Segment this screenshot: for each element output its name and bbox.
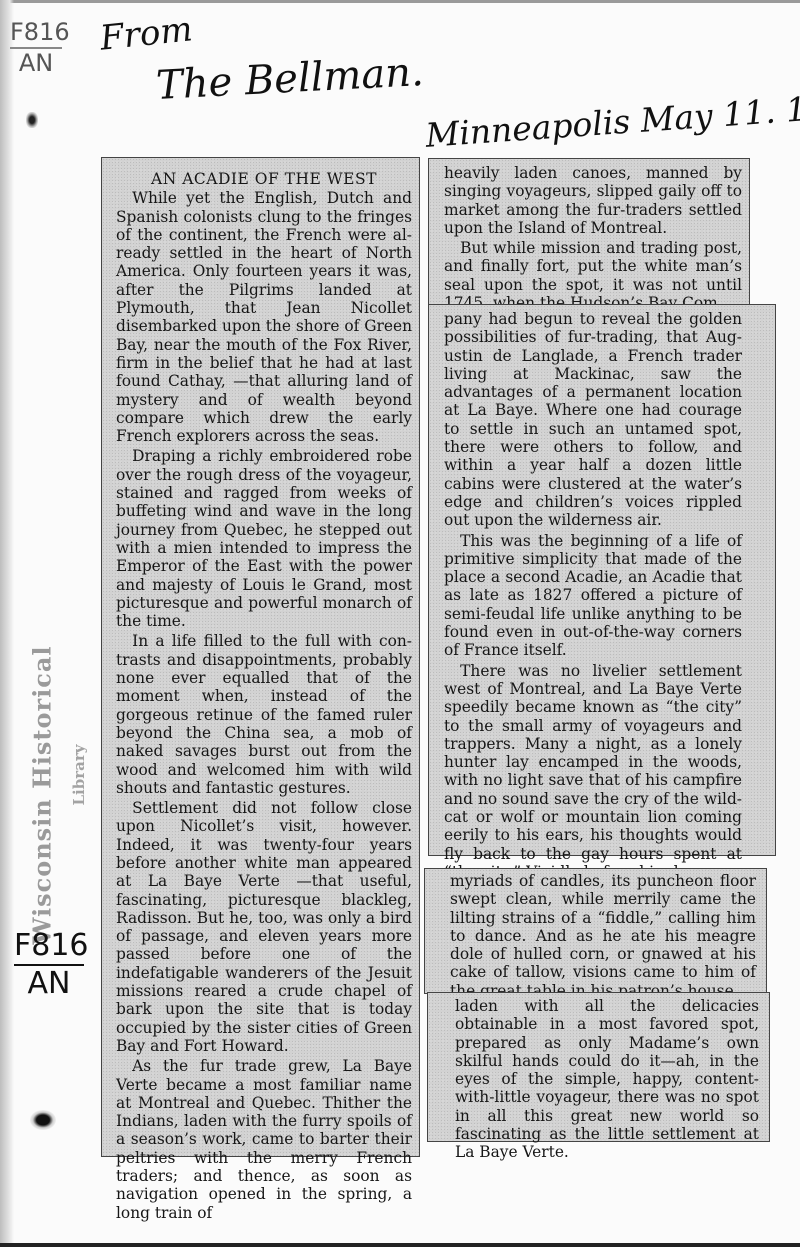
paragraph-5: As the fur trade grew, La Baye Verte bec… — [116, 1057, 412, 1222]
paragraph-8: This was the beginning of a life of prim… — [444, 532, 742, 660]
library-stamp: Wisconsin Historical — [22, 680, 62, 910]
library-stamp-small: Library — [68, 735, 90, 815]
call-number-bottom: F816 AN — [14, 930, 84, 999]
article-right-part4: laden with all the delicacies obtainable… — [455, 997, 759, 1164]
paragraph-9-final: laden with all the delicacies obtainable… — [455, 997, 759, 1162]
call-number-bottom-number: F816 — [14, 930, 84, 966]
handwritten-dateline: Minneapolis May 11. 1907. — [424, 84, 800, 155]
pinhole-mark — [30, 1110, 56, 1130]
article-left-column: AN ACADIE OF THE WEST While yet the Engl… — [116, 170, 412, 1224]
pinhole-top-mark — [26, 112, 38, 128]
paragraph-1: While yet the English, Dutch and Spanish… — [116, 189, 412, 445]
handwritten-from: From — [98, 9, 194, 58]
paragraph-9: There was no livelier settlement west of… — [444, 662, 742, 900]
handwritten-source-name: The Bellman. — [155, 49, 425, 109]
library-stamp-text: Wisconsin Historical — [28, 645, 57, 944]
call-number-top: F816 AN — [10, 20, 62, 76]
article-right-part3: myriads of candles, its puncheon floor s… — [450, 872, 756, 1002]
call-number-bottom-suffix: AN — [14, 966, 84, 1000]
call-number-top-number: F816 — [10, 20, 62, 49]
paragraph-2: Draping a richly embroidered robe over t… — [116, 447, 412, 630]
paragraph-4: Settlement did not follow close upon Nic… — [116, 799, 412, 1055]
paragraph-7-start: But while mission and trading post, and … — [444, 239, 742, 312]
library-stamp-small-text: Library — [70, 745, 88, 806]
page-left-edge — [0, 0, 14, 1247]
paragraph-9-continued: myriads of candles, its puncheon floor s… — [450, 872, 756, 1000]
paragraph-6-continuation: heavily laden canoes, manned by sing­ing… — [444, 164, 742, 237]
page-bottom-edge — [0, 1243, 800, 1247]
page-top-edge — [0, 0, 800, 3]
paragraph-3: In a life filled to the full with con­tr… — [116, 632, 412, 797]
paragraph-7-continued: pany had begun to reveal the golden poss… — [444, 310, 742, 530]
article-right-part2: pany had begun to reveal the golden poss… — [444, 310, 742, 902]
article-right-part1: heavily laden canoes, manned by sing­ing… — [444, 164, 742, 314]
call-number-top-suffix: AN — [10, 49, 62, 76]
article-title: AN ACADIE OF THE WEST — [116, 170, 412, 188]
